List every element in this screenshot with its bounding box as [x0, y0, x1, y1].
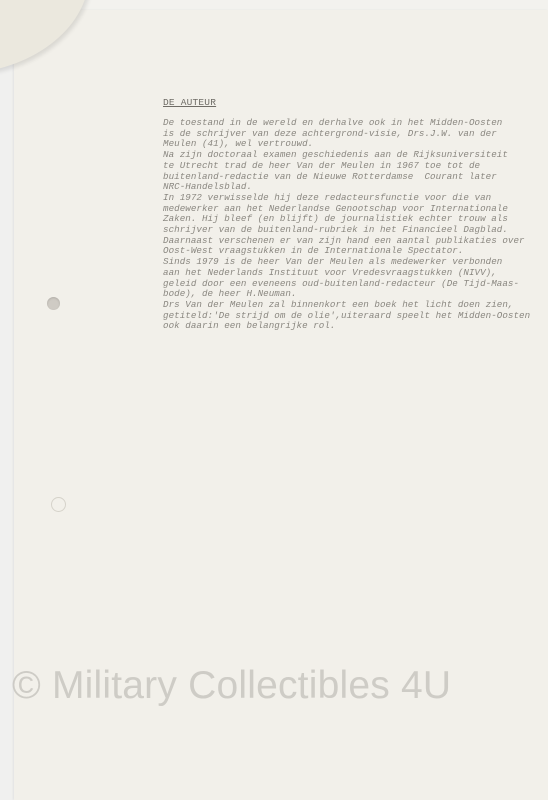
punch-hole-top — [47, 297, 60, 310]
typewritten-text-block: DE AUTEUR De toestand in de wereld en de… — [163, 97, 538, 332]
body-lines: De toestand in de wereld en derhalve ook… — [163, 118, 538, 332]
text-line: aan het Nederlands Instituut voor Vredes… — [163, 268, 538, 279]
document-heading: DE AUTEUR — [163, 97, 538, 109]
punch-hole-bottom — [51, 497, 66, 512]
watermark: © Military Collectibles 4U — [12, 664, 451, 708]
text-line: te Utrecht trad de heer Van der Meulen i… — [163, 161, 538, 172]
text-line: ook daarin een belangrijke rol. — [163, 321, 538, 332]
